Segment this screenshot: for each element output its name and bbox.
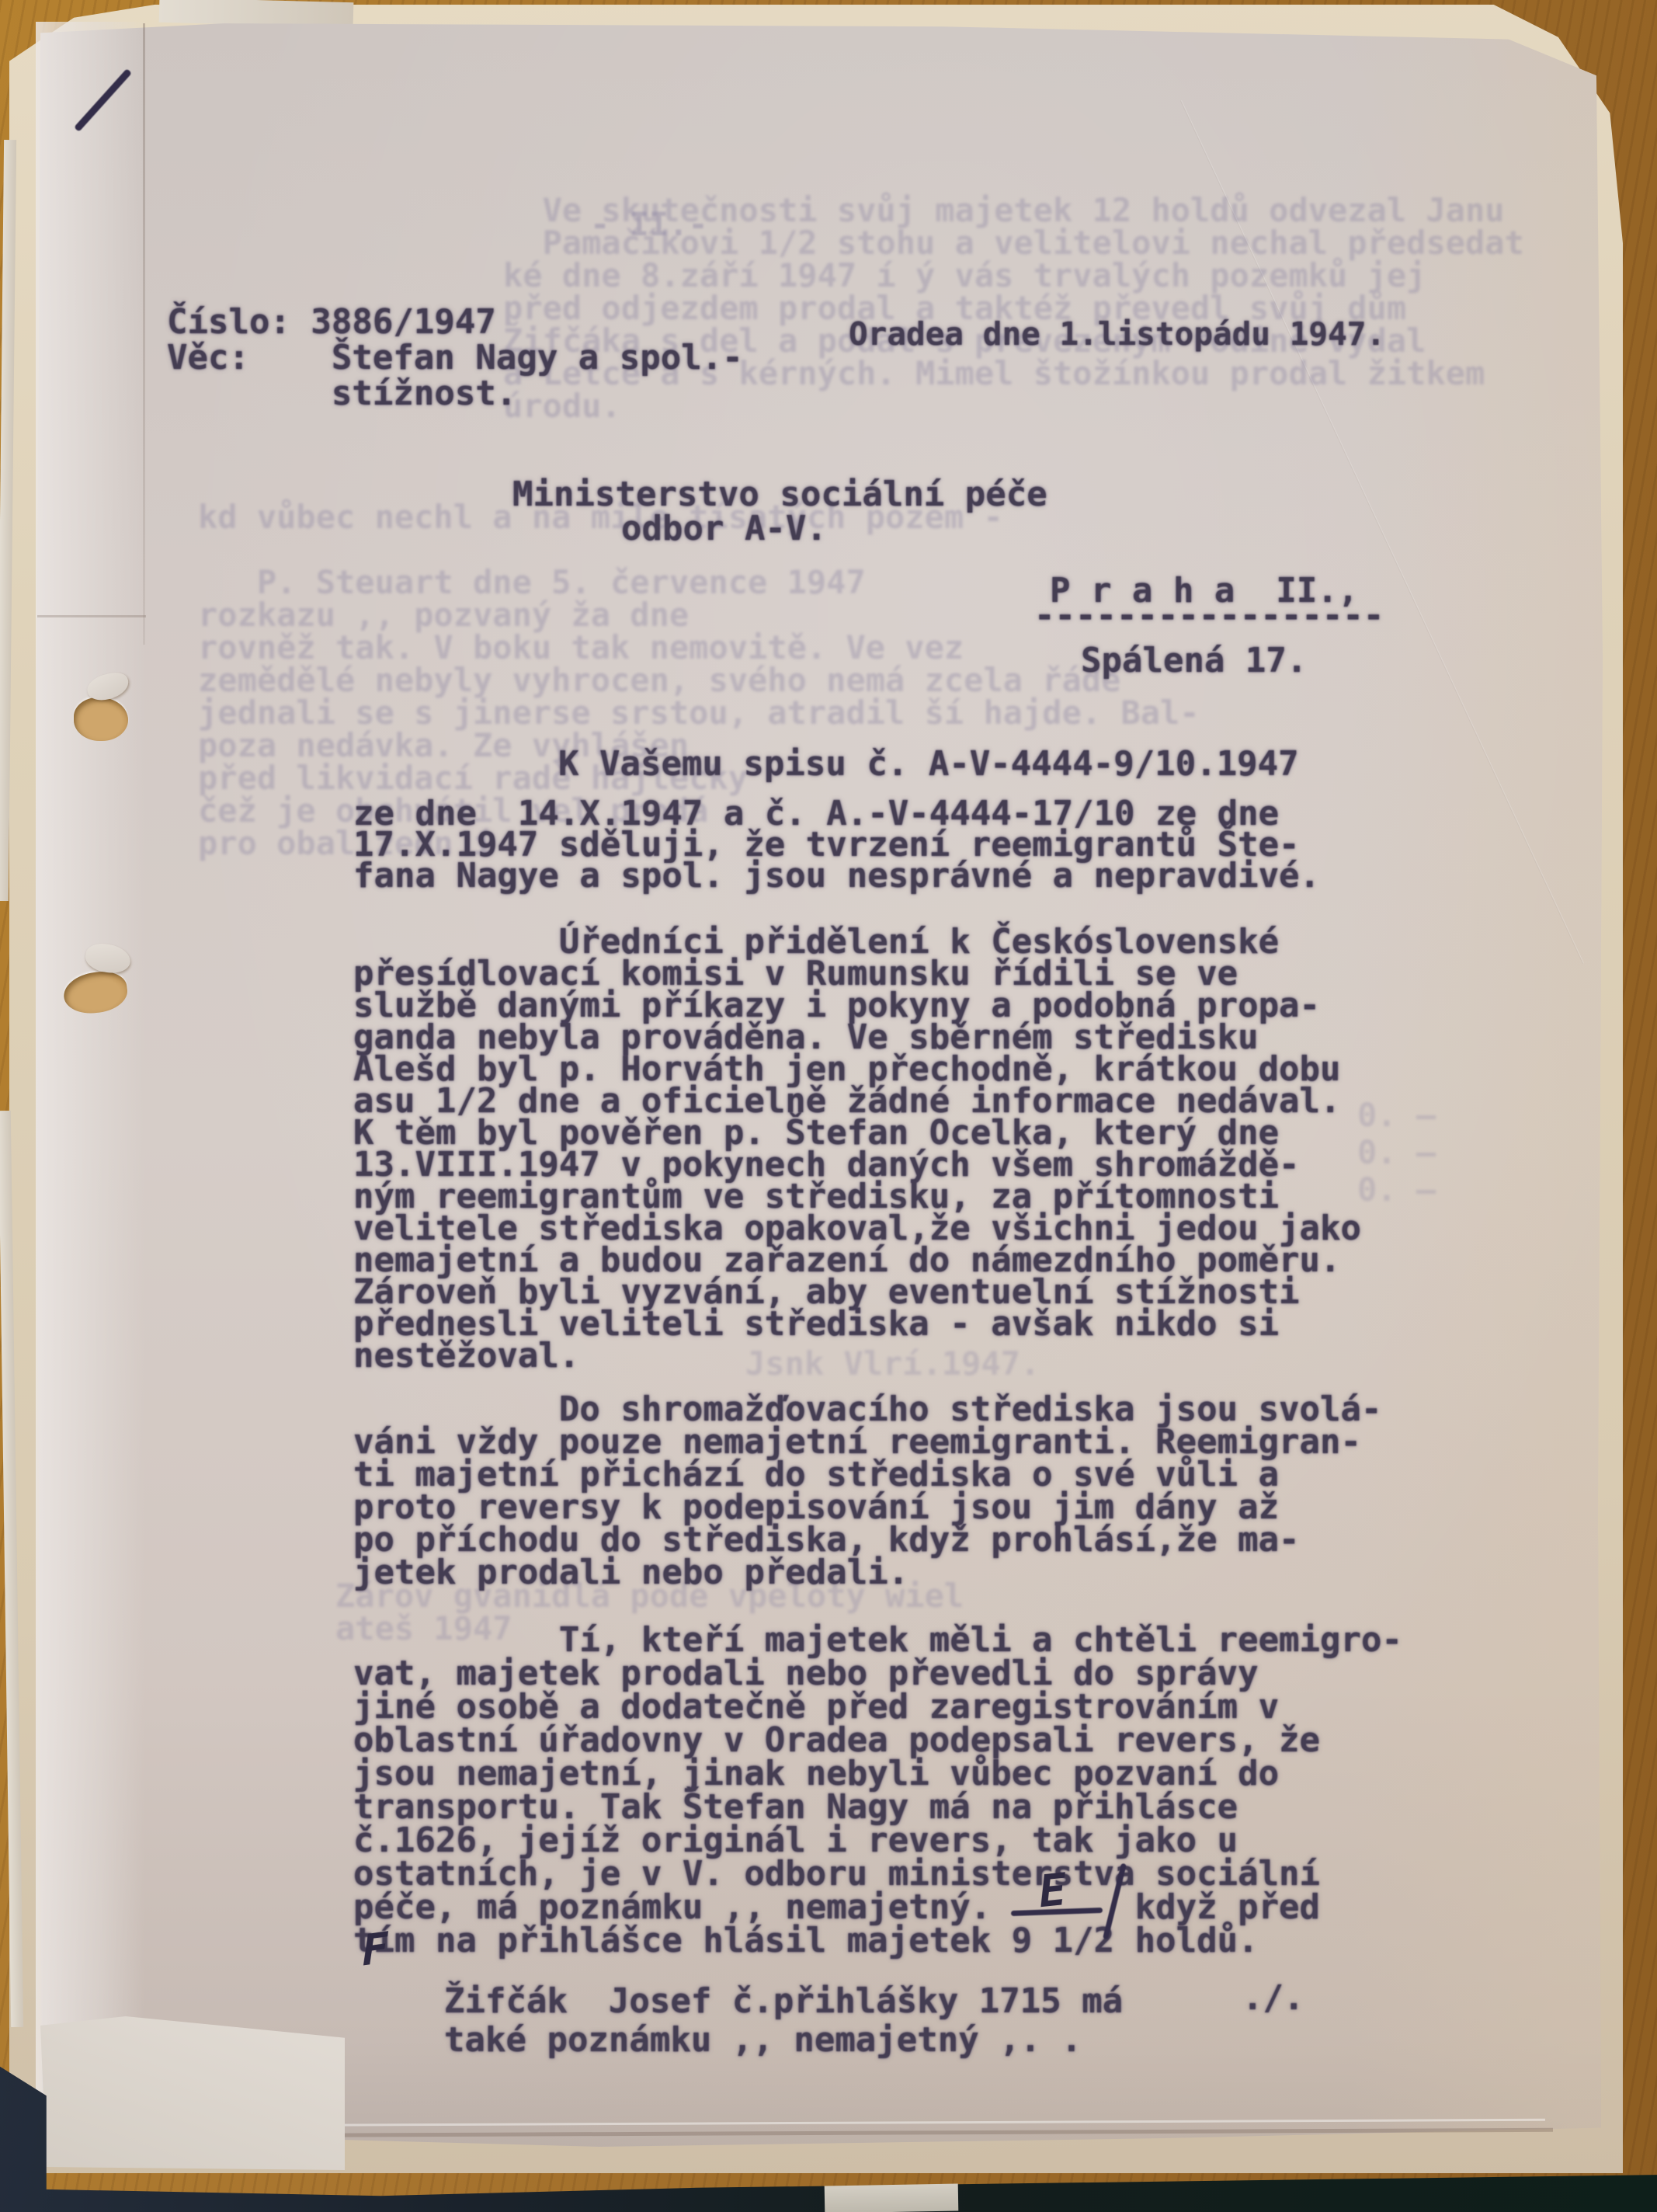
body-paragraph-1-ref: K Vašemu spisu č. A-V-4444-9/10.1947 [558, 748, 1299, 780]
body-paragraph-2: Úředníci přidělení k Českóslovenské přes… [353, 926, 1361, 1372]
city-underline: ----------------- [1034, 600, 1384, 631]
addressee-ministry: Ministerstvo sociální péče [512, 478, 1047, 510]
body-paragraph-5: Žifčák Josef č.přihlášky 1715 má také po… [444, 1982, 1123, 2060]
vertical-crease [143, 23, 145, 645]
ghost-right-numbers: 0. — 0. — 0. — [1357, 1097, 1436, 1209]
body-paragraph-1: ze dne 14.X.1947 a č. A.-V-4444-17/10 ze… [353, 798, 1320, 892]
horizontal-crease [37, 615, 146, 617]
punch-hole-top [74, 697, 128, 741]
dateline: Oradea dne 1.listopádu 1947. [849, 318, 1385, 350]
page-folded-edge [36, 22, 144, 2134]
dot-slash-mark: ./. [1242, 1982, 1304, 2014]
body-paragraph-3: Do shromažďovacího střediska jsou svolá-… [353, 1393, 1382, 1589]
paper-scrap-bottom [825, 2184, 959, 2212]
street-line: Spálená 17. [1081, 645, 1307, 676]
addressee-department: odbor A-V. [621, 513, 827, 544]
body-paragraph-4: Tí, kteří majetek měli a chtěli reemigro… [353, 1623, 1402, 1957]
bottom-left-sheet-corner [40, 2016, 345, 2170]
reference-block: Číslo: 3886/1947 Věc: Štefan Nagy a spol… [167, 304, 743, 412]
